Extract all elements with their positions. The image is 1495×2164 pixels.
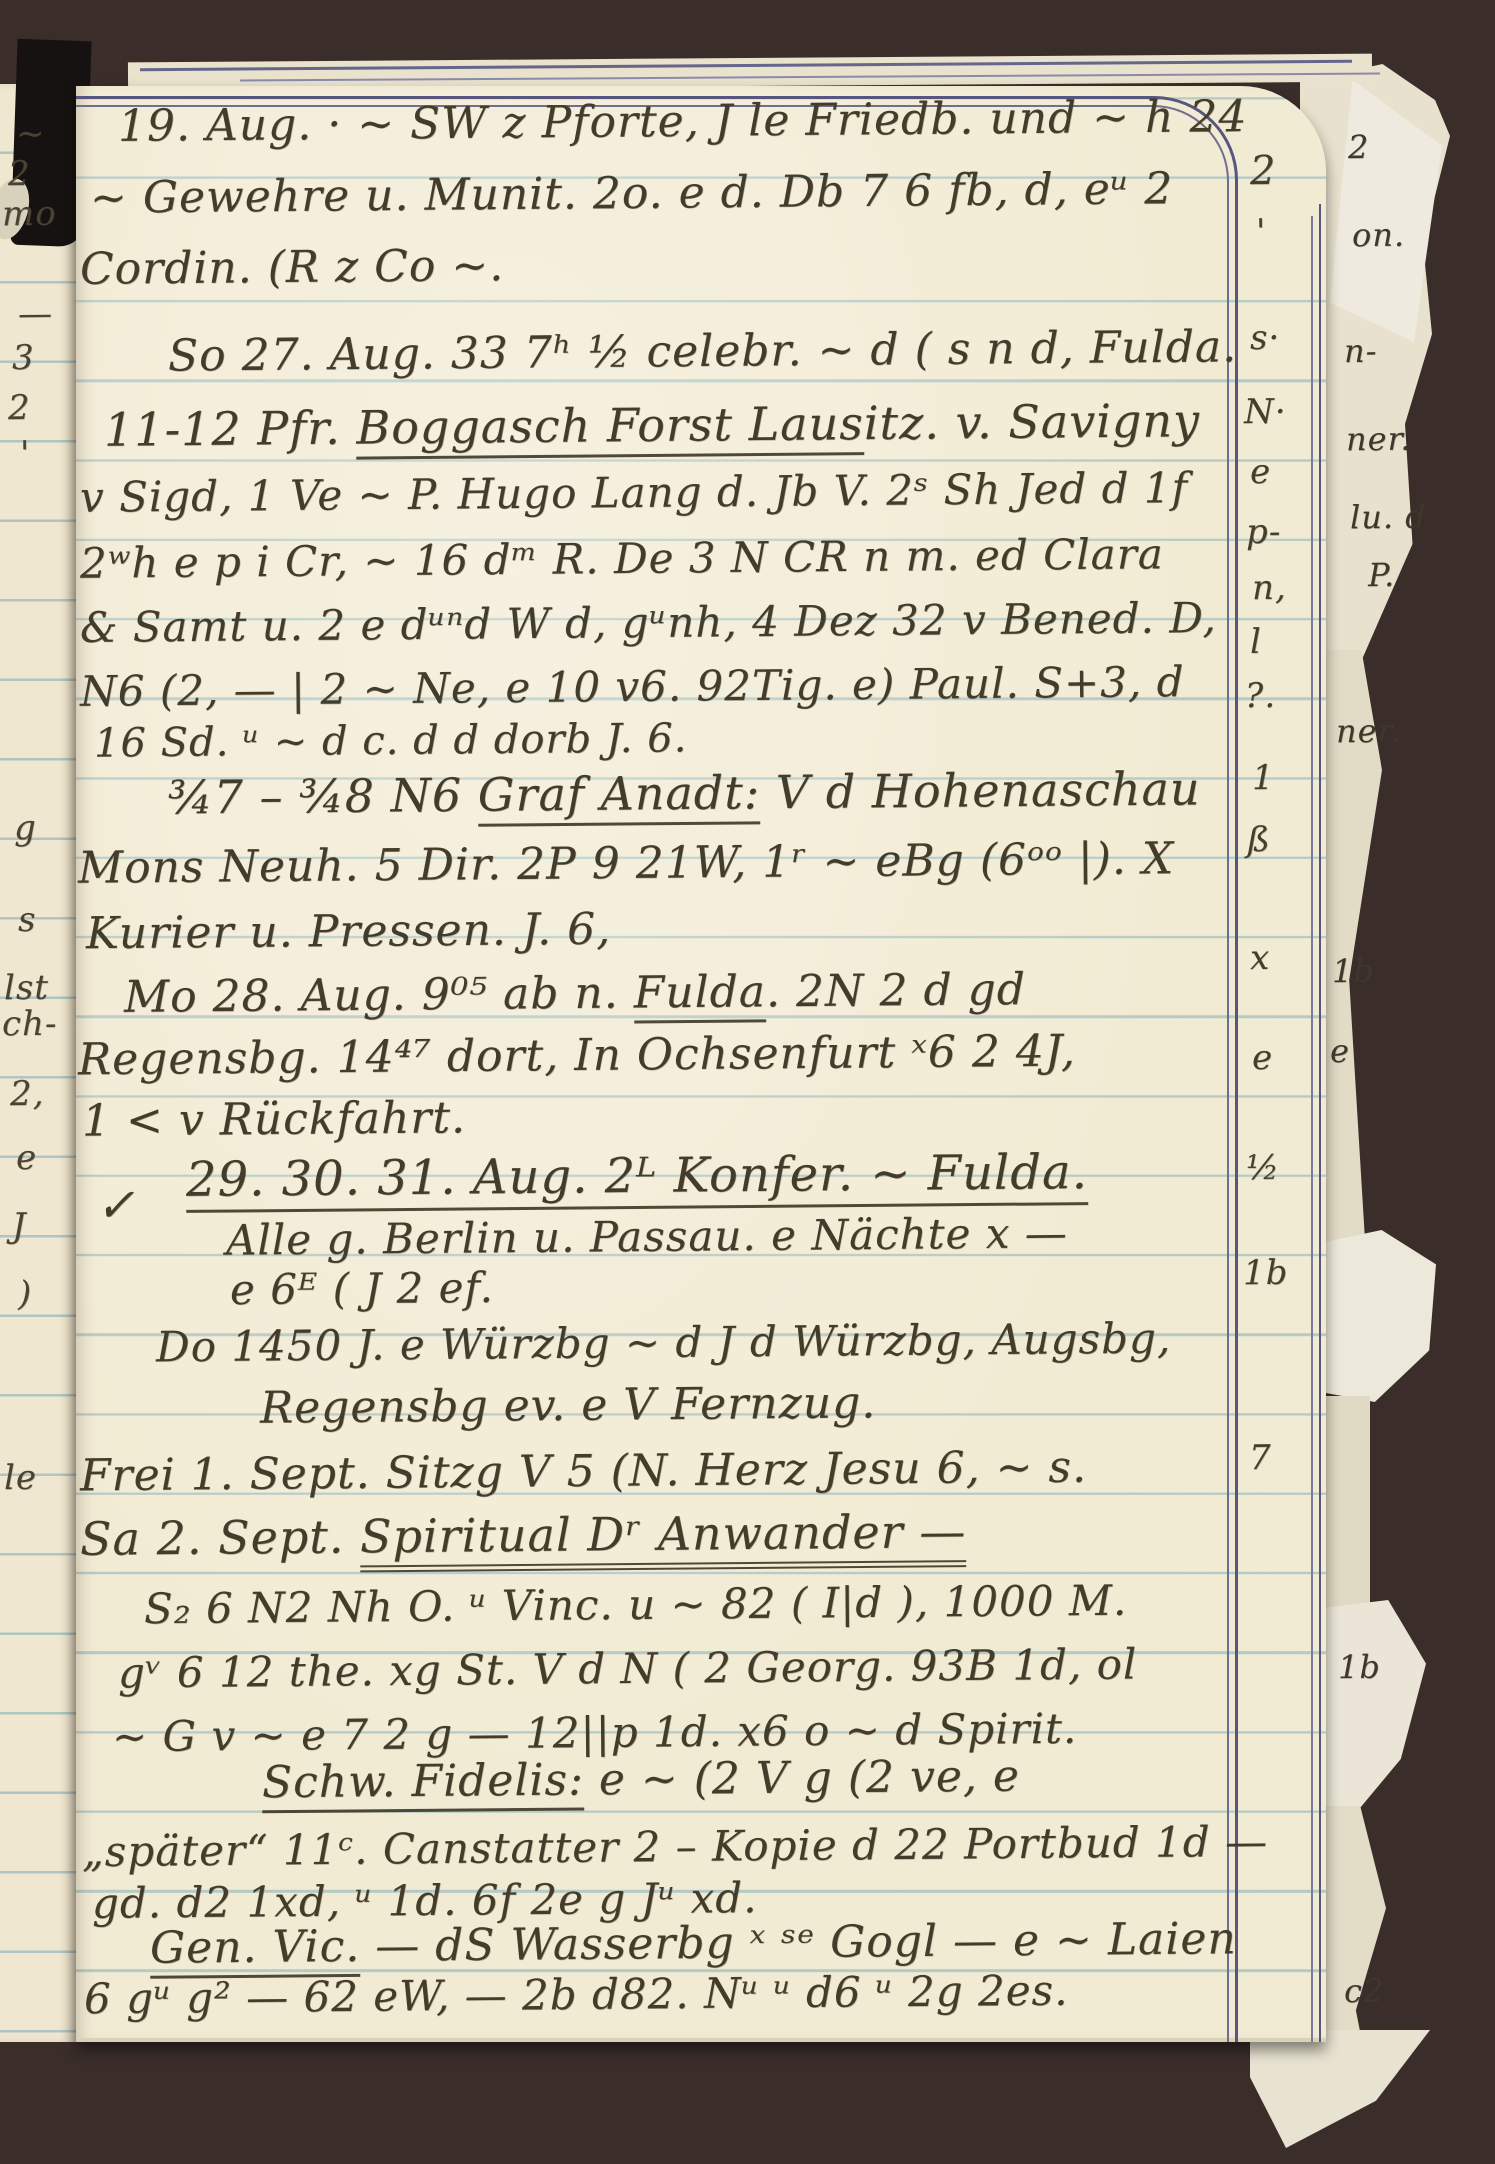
underpage-fragment: lu. d (1350, 498, 1427, 537)
underlined-text: Gen. Vic. (150, 1921, 361, 1979)
margin-mark: s· (1250, 318, 1281, 358)
line-text: 6 gᵘ g² — 62 eW, — 2b d82. Nᵘ ᵘ d6 ᵘ 2g … (84, 1966, 1069, 2024)
left-page-fragment: ) (18, 1274, 33, 1314)
underpage-fragment: 2 (1348, 128, 1370, 166)
diary-line-24: S₂ 6 N2 Nh O. ᵘ Vinc. u ~ 82 ( I|d ), 10… (144, 1576, 1128, 1634)
left-page-fragment: 2 (8, 154, 31, 194)
underlined-text: 29. 30. 31. Aug. 2ᴸ Konfer. ~ Fulda. (186, 1144, 1088, 1213)
margin-mark: e (1252, 1038, 1273, 1078)
diary-line-3: Cordin. (R z Co ~. (80, 240, 505, 295)
underlined-text: Graf Anadt: (477, 765, 760, 826)
diary-line-10: 16 Sd. ᵘ ~ d c. d d dorb J. 6. (94, 715, 688, 766)
margin-mark: x (1250, 938, 1271, 978)
diary-line-20: Do 1450 J. e Würzbg ~ d J d Würzbg, Augs… (156, 1314, 1172, 1372)
line-text: 1 < v Rückfahrt. (82, 1092, 466, 1146)
diary-photo: 19. Aug. · ~ SW z Pforte, J le Friedb. u… (0, 0, 1495, 2164)
diary-line-17: 29. 30. 31. Aug. 2ᴸ Konfer. ~ Fulda. (186, 1144, 1088, 1208)
line-text: Sa 2. Sept. (80, 1509, 360, 1565)
left-page-fragment: 2 (8, 388, 31, 428)
left-page-fragment: ~ (16, 114, 46, 154)
margin-checkmark: ✓ (96, 1178, 136, 1232)
diary-line-18: Alle g. Berlin u. Passau. e Nächte x — (226, 1208, 1068, 1264)
line-text: e 6ᴱ ( J 2 ef. (230, 1263, 494, 1314)
diary-line-31: 6 gᵘ g² — 62 eW, — 2b d82. Nᵘ ᵘ d6 ᵘ 2g … (84, 1966, 1069, 2024)
margin-mark: n, (1252, 568, 1287, 608)
margin-mark: 7 (1249, 1438, 1272, 1478)
line-text: ~ Gewehre u. Munit. 2o. e d. Db 7 6 fb, … (90, 163, 1174, 223)
line-text: Cordin. (R z Co ~. (80, 240, 505, 295)
line-text: Do 1450 J. e Würzbg ~ d J d Würzbg, Augs… (156, 1314, 1172, 1372)
underlined-text: Boggasch Forst Laus (356, 396, 864, 459)
line-text: & Samt u. 2 e dᵘⁿd W d, gᵘnh, 4 Dez 32 v… (80, 593, 1217, 652)
stacked-page-edges (128, 54, 1372, 91)
underpage-fragment: c2 (1344, 1972, 1385, 2010)
underpage-fragment: 1b (1338, 1648, 1381, 1686)
diary-line-11: ¾7 – ¾8 N6 Graf Anadt: V d Hohenaschau (168, 761, 1201, 824)
margin-mark: 1 (1252, 758, 1275, 798)
line-text: . 2N 2 d gd (766, 964, 1026, 1017)
torn-corner-bottom (1250, 2030, 1430, 2148)
margin-mark: 1b (1243, 1253, 1289, 1293)
line-text: 11-12 Pfr. (104, 401, 357, 457)
margin-mark: l (1250, 622, 1262, 662)
underpage-fragment: e (1330, 1032, 1350, 1070)
underpage-fragment: n- (1344, 332, 1378, 370)
line-text: e ~ (2 V g (2 ve, e (584, 1751, 1020, 1806)
page-edge-ink-line-outer (1319, 204, 1321, 2042)
line-text: Mons Neuh. 5 Dir. 2P 9 21W, 1ʳ ~ eBg (6ᵒ… (78, 833, 1175, 894)
diary-line-9: N6 (2, — | 2 ~ Ne, e 10 v6. 92Tig. e) Pa… (80, 657, 1185, 716)
diary-line-14: Mo 28. Aug. 9⁰⁵ ab n. Fulda. 2N 2 d gd (124, 964, 1026, 1023)
line-text: — dS Wasserbg ˣ ˢᵉ Gogl — e ~ Laien (360, 1913, 1237, 1972)
left-page-fragment: s (18, 900, 37, 940)
line-text: Frei 1. Sept. Sitzg V 5 (N. Herz Jesu 6,… (80, 1442, 1087, 1502)
left-page-fragment: e (16, 1138, 37, 1178)
diary-line-19: e 6ᴱ ( J 2 ef. (230, 1263, 494, 1314)
margin-mark: 2 (1250, 148, 1277, 194)
left-page-fragment: lst (4, 968, 49, 1008)
line-text: So 27. Aug. 33 7ʰ ½ celebr. ~ d ( s n d,… (168, 321, 1238, 381)
line-text: itz. v. Savigny (864, 393, 1201, 450)
page-edge-ink-line-inner (1311, 216, 1313, 2042)
left-page-fragment: g (14, 808, 37, 848)
line-text: v Sigd, 1 Ve ~ P. Hugo Lang d. Jb V. 2ˢ … (80, 463, 1188, 522)
diary-line-2: ~ Gewehre u. Munit. 2o. e d. Db 7 6 fb, … (90, 163, 1174, 223)
diary-line-4: So 27. Aug. 33 7ʰ ½ celebr. ~ d ( s n d,… (168, 321, 1238, 381)
underlined-text: Fulda (633, 966, 766, 1023)
diary-line-1: 19. Aug. · ~ SW z Pforte, J le Friedb. u… (118, 91, 1248, 152)
margin-mark: e (1250, 452, 1271, 492)
underpage-fragment: ner. (1336, 712, 1402, 751)
diary-line-5: 11-12 Pfr. Boggasch Forst Lausitz. v. Sa… (104, 393, 1200, 457)
underpage-fragment: 1b (1332, 952, 1375, 990)
margin-mark: ?. (1245, 676, 1276, 716)
line-text: ¾7 – ¾8 N6 (168, 768, 478, 825)
diary-line-30: Gen. Vic. — dS Wasserbg ˣ ˢᵉ Gogl — e ~ … (150, 1913, 1237, 1973)
left-page-fragment: ch- (2, 1004, 58, 1044)
diary-line-15: Regensbg. 14⁴⁷ dort, In Ochsenfurt ˣ6 2 … (78, 1026, 1076, 1086)
line-text: 2ʷh e p i Cr, ~ 16 dᵐ R. De 3 N CR n m. … (80, 529, 1164, 587)
underlined-text: Spiritual Dʳ Anwander — (360, 1504, 967, 1572)
line-text: N6 (2, — | 2 ~ Ne, e 10 v6. 92Tig. e) Pa… (80, 657, 1185, 716)
line-text: 19. Aug. · ~ SW z Pforte, J le Friedb. u… (118, 91, 1248, 152)
left-page-fragment: le (4, 1458, 37, 1498)
left-page-fragment: 3 (12, 338, 35, 378)
diary-line-21: Regensbg ev. e V Fernzug. (260, 1377, 877, 1433)
underpage-fragment: ner. (1346, 420, 1412, 459)
line-text: gᵛ 6 12 the. xg St. V d N ( 2 Georg. 93B… (118, 1640, 1138, 1698)
left-page-fragment: ' (20, 434, 31, 474)
line-text: Alle g. Berlin u. Passau. e Nächte x — (226, 1208, 1068, 1264)
underlined-text: Schw. Fidelis: (262, 1754, 584, 1813)
diary-line-12: Mons Neuh. 5 Dir. 2P 9 21W, 1ʳ ~ eBg (6ᵒ… (78, 833, 1175, 894)
diary-line-22: Frei 1. Sept. Sitzg V 5 (N. Herz Jesu 6,… (80, 1442, 1087, 1502)
underpage-fragment: on. (1352, 216, 1405, 254)
line-text: Kurier u. Pressen. J. 6, (86, 904, 612, 960)
diary-line-13: Kurier u. Pressen. J. 6, (86, 904, 612, 960)
diary-line-6: v Sigd, 1 Ve ~ P. Hugo Lang d. Jb V. 2ˢ … (80, 463, 1188, 522)
margin-mark: ½ (1246, 1148, 1280, 1188)
diary-line-8: & Samt u. 2 e dᵘⁿd W d, gᵘnh, 4 Dez 32 v… (80, 593, 1217, 652)
left-page-fragment: — (18, 294, 53, 334)
diary-line-28: „später“ 11ᶜ. Canstatter 2 – Kopie d 22 … (82, 1817, 1268, 1876)
left-page-fragment: mo (2, 194, 57, 234)
margin-mark: p- (1246, 512, 1282, 552)
left-page-fragment: J (12, 1206, 27, 1246)
margin-mark: N· (1244, 392, 1287, 432)
margin-mark: ' (1256, 212, 1267, 252)
line-text: S₂ 6 N2 Nh O. ᵘ Vinc. u ~ 82 ( I|d ), 10… (144, 1576, 1128, 1634)
line-text: Regensbg ev. e V Fernzug. (260, 1377, 877, 1433)
diary-line-27: Schw. Fidelis: e ~ (2 V g (2 ve, e (262, 1751, 1020, 1809)
line-text: Mo 28. Aug. 9⁰⁵ ab n. (124, 967, 634, 1022)
diary-line-7: 2ʷh e p i Cr, ~ 16 dᵐ R. De 3 N CR n m. … (80, 529, 1164, 587)
margin-mark: ß (1247, 820, 1271, 860)
line-text: „später“ 11ᶜ. Canstatter 2 – Kopie d 22 … (82, 1817, 1268, 1876)
underpage-fragment: P. (1368, 556, 1396, 594)
line-text: V d Hohenaschau (760, 761, 1201, 819)
diary-line-16: 1 < v Rückfahrt. (82, 1092, 466, 1146)
left-page-fragment: 2, (10, 1074, 45, 1114)
line-text: Regensbg. 14⁴⁷ dort, In Ochsenfurt ˣ6 2 … (78, 1026, 1076, 1086)
diary-line-23: Sa 2. Sept. Spiritual Dʳ Anwander — (80, 1504, 967, 1566)
diary-line-25: gᵛ 6 12 the. xg St. V d N ( 2 Georg. 93B… (118, 1640, 1138, 1698)
line-text: 16 Sd. ᵘ ~ d c. d d dorb J. 6. (94, 715, 688, 766)
